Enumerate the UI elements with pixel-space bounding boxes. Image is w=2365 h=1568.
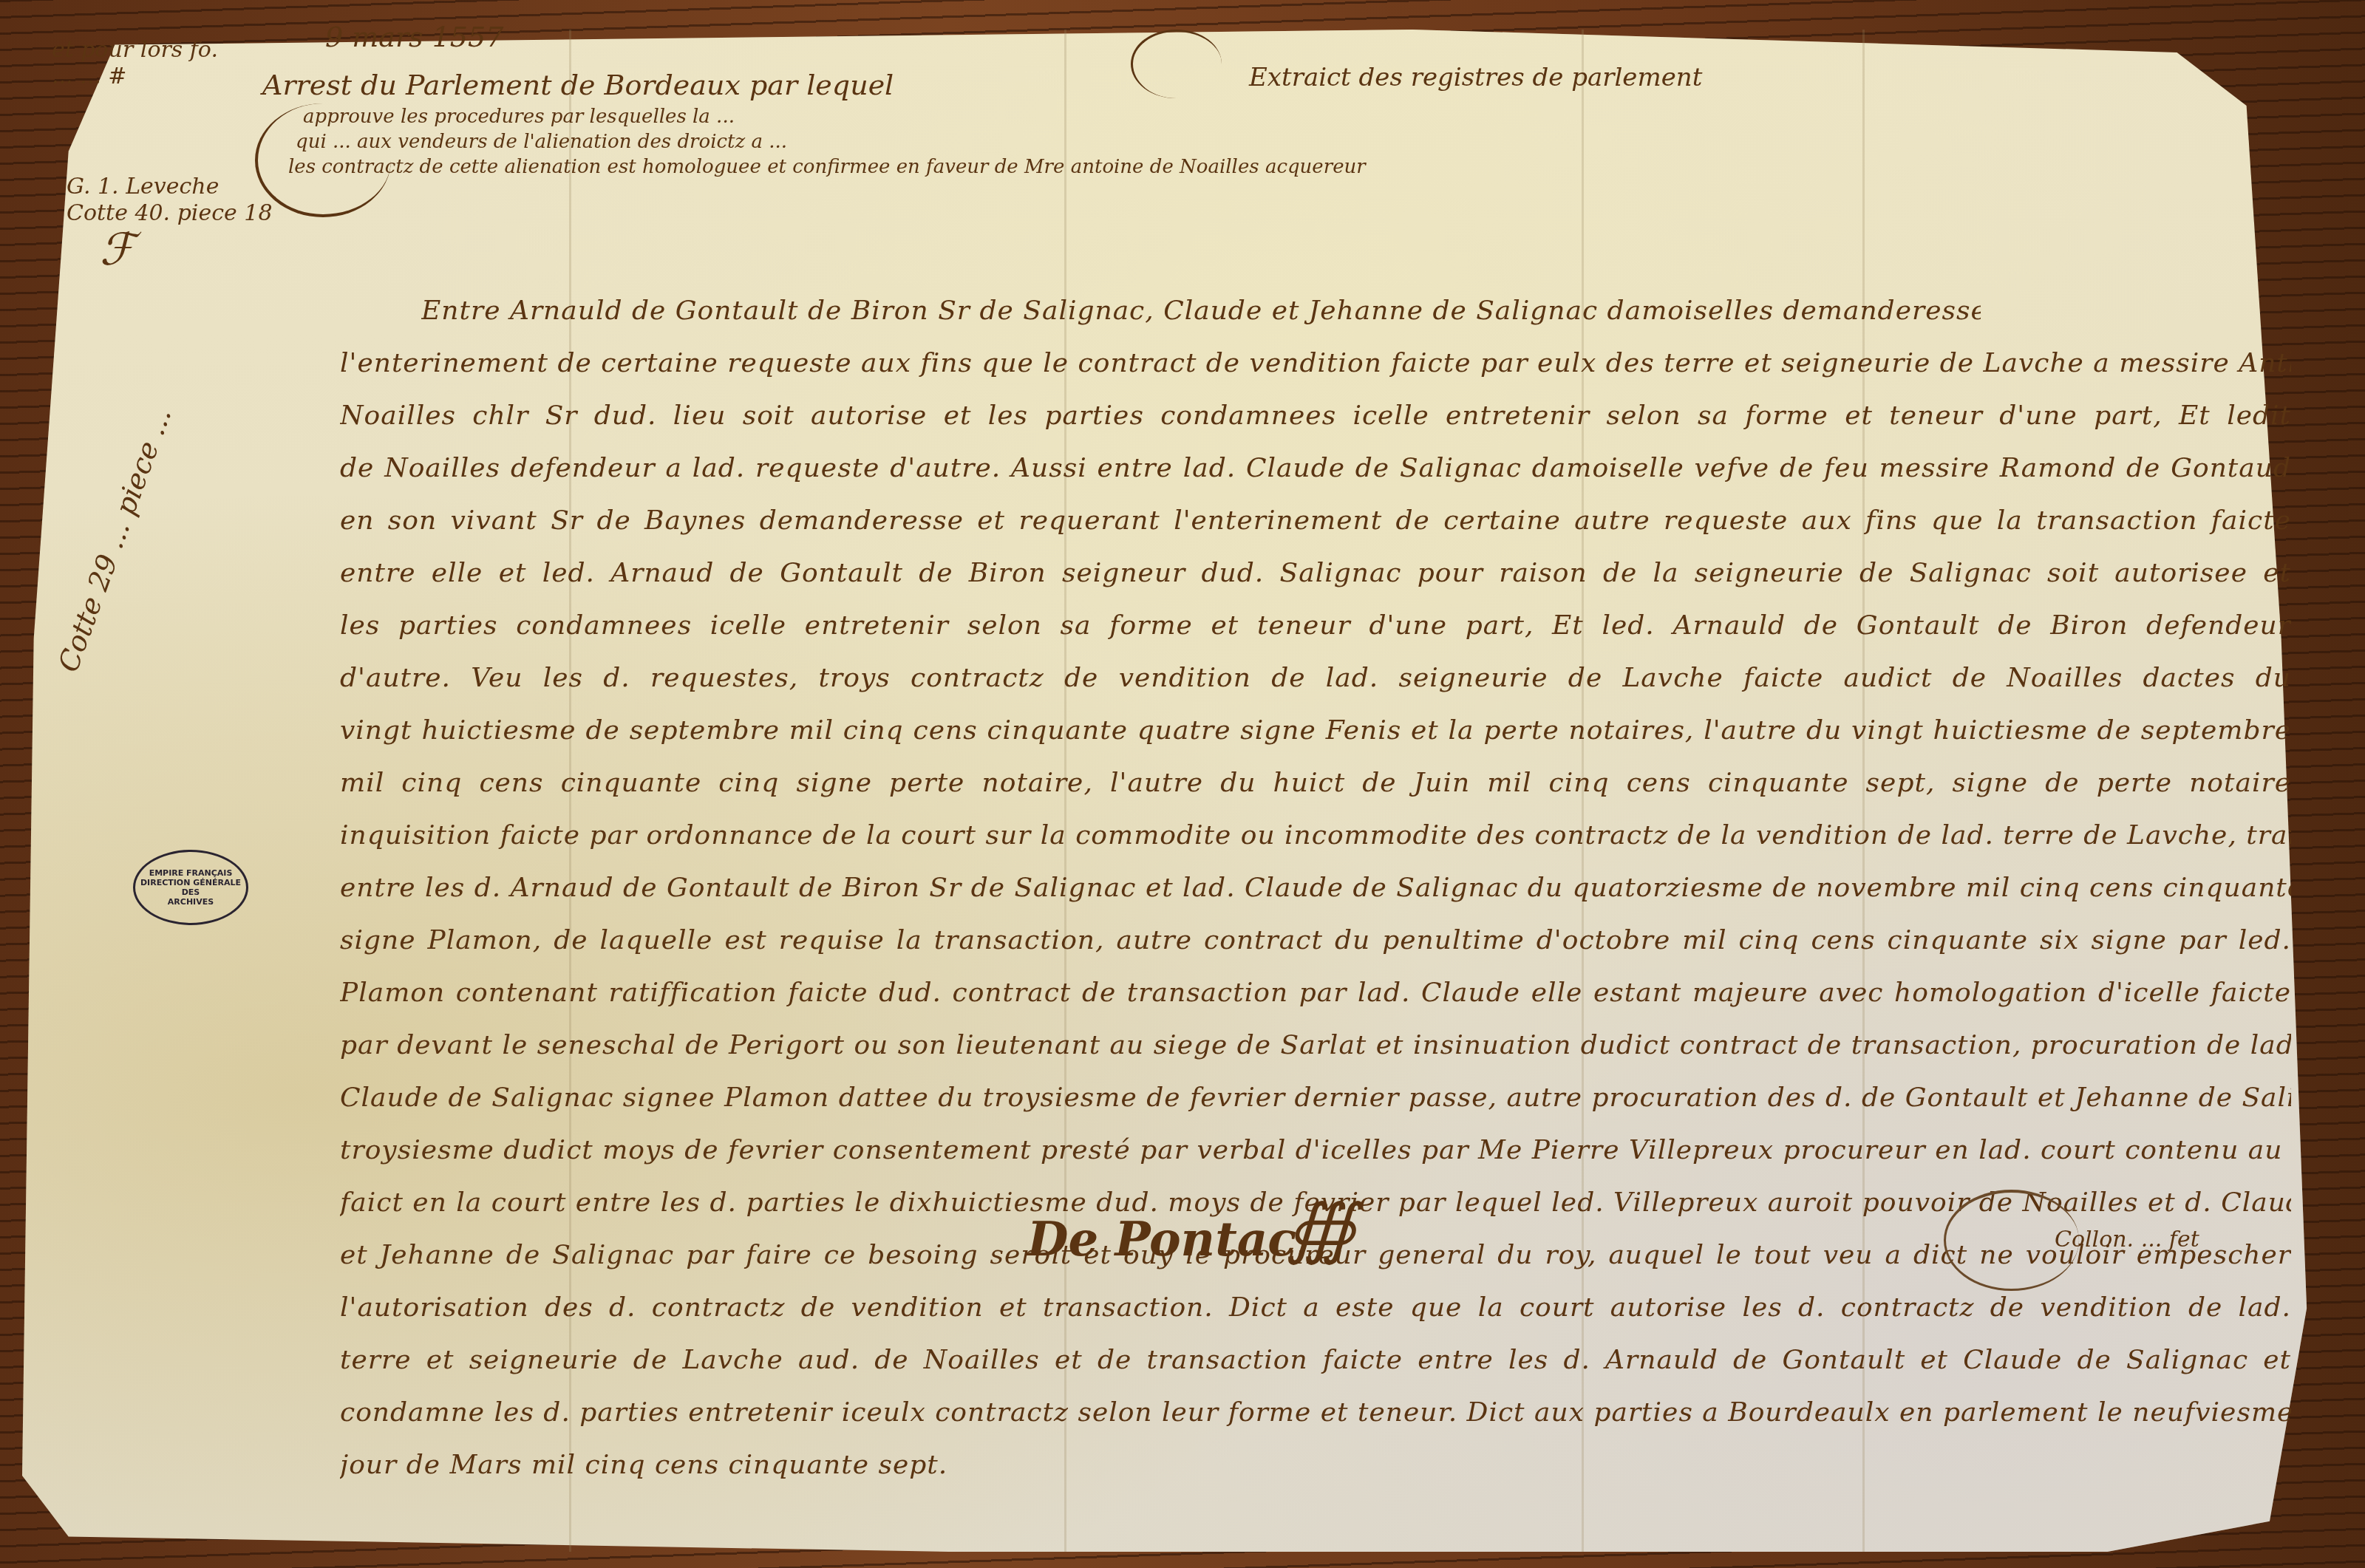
- body-line: signe Plamon, de laquelle est requise la…: [340, 914, 2291, 967]
- body-line: terre et seigneurie de Lavche aud. de No…: [340, 1334, 2291, 1386]
- document-title: Arrest du Parlement de Bordeaux par lequ…: [262, 70, 894, 100]
- body-line: jour de Mars mil cinq cens cinquante sep…: [340, 1439, 1079, 1491]
- flourish-icon: [1944, 1190, 2079, 1291]
- body-line: de Noailles defendeur a lad. requeste d'…: [340, 442, 2291, 494]
- margin-note-top-left: et pour lors fo. ... ... #: [52, 37, 218, 90]
- archives-stamp: EMPIRE FRANÇAIS DIRECTION GÉNÉRALE DES A…: [133, 850, 248, 925]
- body-line: d'autre. Veu les d. requestes, troys con…: [340, 652, 2291, 704]
- margin-note-line: ... ... #: [52, 64, 218, 90]
- body-line: Noailles chlr Sr dud. lieu soit autorise…: [340, 389, 2291, 442]
- body-line: Entre Arnauld de Gontault de Biron Sr de…: [421, 284, 1981, 337]
- body-line: par devant le seneschal de Perigort ou s…: [340, 1019, 2291, 1071]
- margin-note-line: et pour lors fo.: [52, 37, 218, 64]
- paraph-mark-icon: ℱ: [100, 236, 135, 263]
- stamp-line: EMPIRE FRANÇAIS: [149, 868, 233, 878]
- classification-line: G. 1. Leveche: [67, 174, 272, 200]
- body-line: entre elle et led. Arnaud de Gontault de…: [340, 547, 2291, 599]
- body-line: mil cinq cens cinquante cinq signe perte…: [340, 757, 2291, 809]
- body-line: l'enterinement de certaine requeste aux …: [340, 337, 2291, 389]
- body-line: en son vivant Sr de Baynes demanderesse …: [340, 494, 2291, 547]
- date-heading: 9 mars 1557: [325, 22, 503, 52]
- flourish-icon: [255, 103, 391, 217]
- stamp-line: DES: [182, 887, 200, 897]
- body-line: troysiesme dudict moys de fevrier consen…: [340, 1124, 2291, 1176]
- header-line: les contractz de cette alienation est ho…: [288, 152, 1366, 182]
- classification-note: G. 1. Leveche Cotte 40. piece 18: [67, 174, 272, 227]
- paraph-mark-icon: ∰: [1286, 1190, 1356, 1267]
- body-line: condamne les d. parties entretenir iceul…: [340, 1386, 2291, 1439]
- body-line: les parties condamnees icelle entretenir…: [340, 599, 2291, 652]
- body-text: Entre Arnauld de Gontault de Biron Sr de…: [340, 284, 2291, 1491]
- body-line: entre les d. Arnaud de Gontault de Biron…: [340, 862, 2291, 914]
- signature-de-pontac: De Pontac: [1027, 1212, 1296, 1267]
- classification-line: Cotte 40. piece 18: [67, 200, 272, 227]
- body-line: Plamon contenant ratiffication faicte du…: [340, 967, 2291, 1019]
- body-line: inquisition faicte par ordonnance de la …: [340, 809, 2291, 862]
- stamp-line: ARCHIVES: [168, 897, 214, 907]
- flourish-icon: [1131, 30, 1222, 98]
- stamp-line: DIRECTION GÉNÉRALE: [140, 878, 241, 887]
- header-extract-note: Extraict des registres de parlement: [1249, 63, 1702, 92]
- body-line: Claude de Salignac signee Plamon dattee …: [340, 1071, 2291, 1124]
- body-line: vingt huictiesme de septembre mil cinq c…: [340, 704, 2291, 757]
